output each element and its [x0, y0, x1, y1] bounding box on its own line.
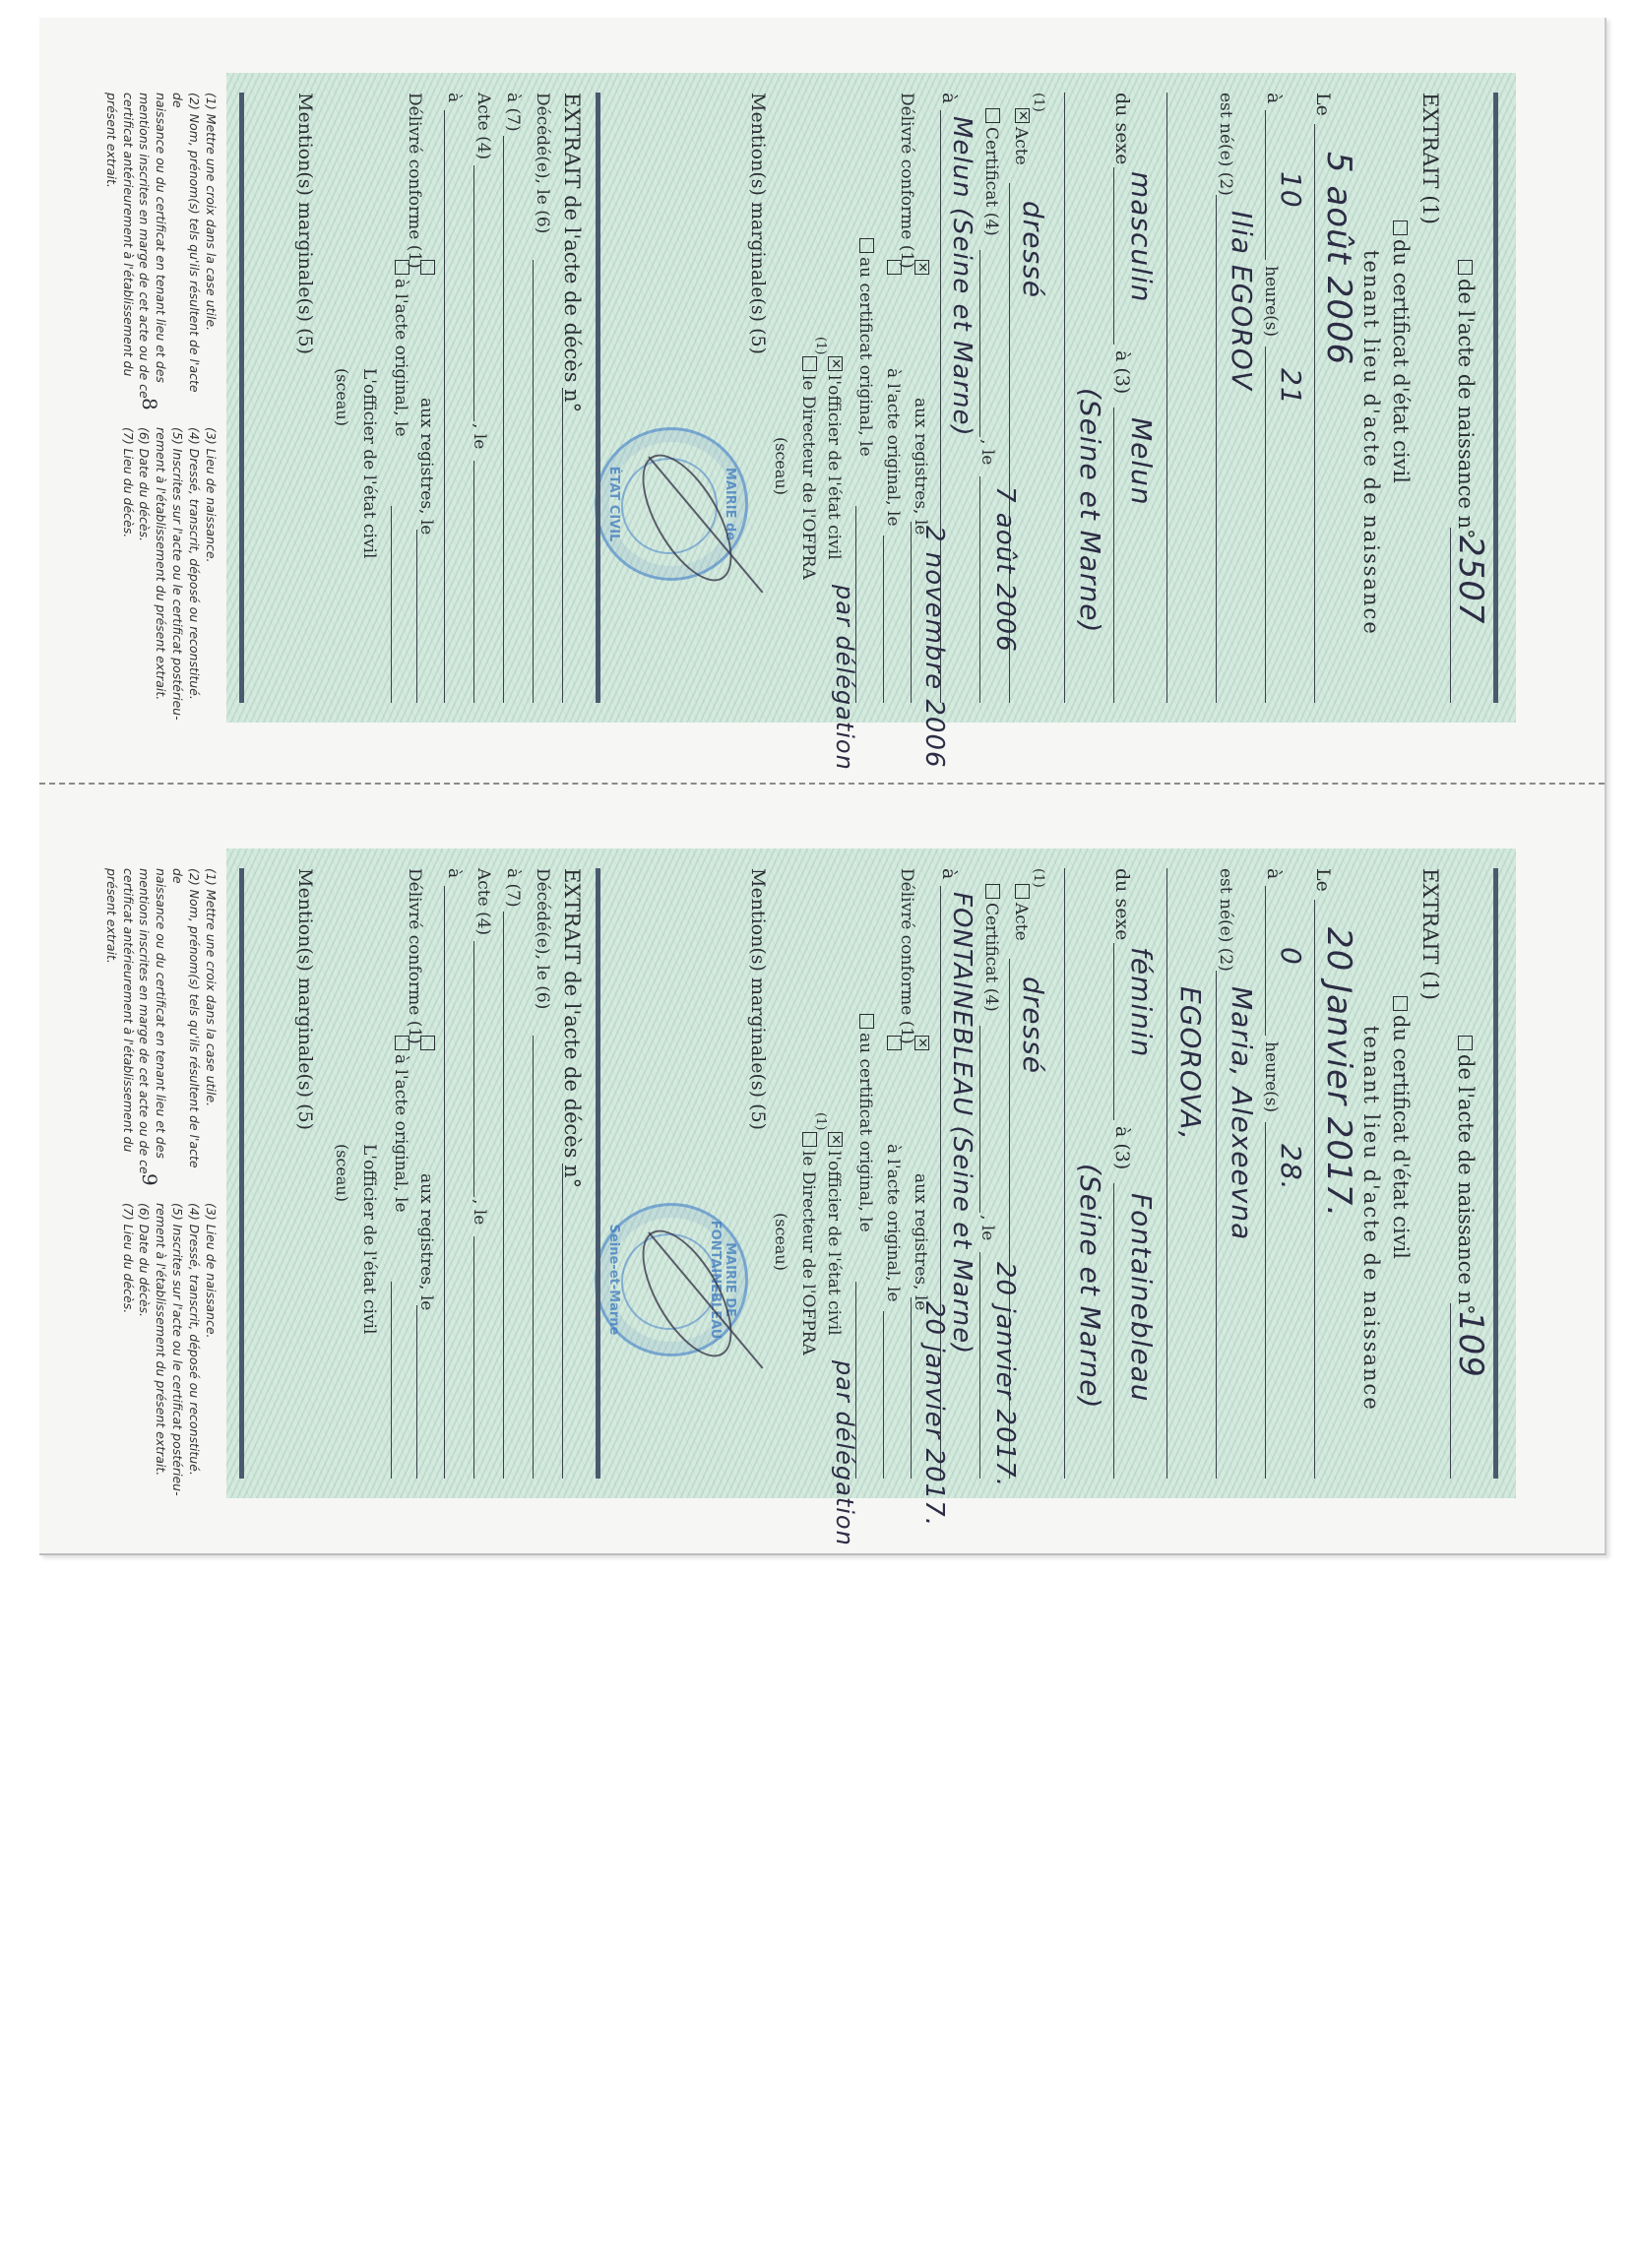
acte-option: Acte [1011, 884, 1030, 941]
a3-label: à (3) [1111, 350, 1132, 394]
le-comma-label: , le [977, 439, 996, 465]
stamp-text-bottom: Seine-et-Marne [606, 1206, 621, 1354]
checkbox-ofpra[interactable] [802, 1132, 817, 1147]
acte-value: dressé [1017, 201, 1049, 298]
sex-value: féminin [1125, 947, 1158, 1057]
footnotes-right: (3) Lieu de naissance.(4) Dressé, transc… [119, 427, 219, 723]
birth-hour: 0 [1275, 947, 1307, 966]
act-date: 7 août 2006 [990, 486, 1020, 653]
certificat-option: Certificat (4) [981, 108, 1000, 236]
footnote-line: naissance ou du certificat en tenant lie… [153, 868, 169, 1183]
page-number: 8 [138, 398, 161, 410]
checkbox-death-acte-original[interactable] [395, 260, 409, 275]
footnote-line: mentions inscrites en marge de cet acte … [136, 93, 153, 408]
footnote-line: (1) Mettre une croix dans la case utile. [202, 868, 219, 1183]
birthplace-line-1: Fontainebleau [1125, 1193, 1158, 1403]
section-rule-bottom [239, 93, 244, 703]
mentions-label: Mention(s) marginale(s) (5) [747, 93, 768, 354]
checkbox-acte[interactable] [1015, 884, 1030, 899]
footnote-line: présent extrait. [102, 868, 119, 1183]
certificat-option: Certificat (4) [981, 884, 1000, 1012]
footnote-line: certificat antérieurement à l'établissem… [119, 868, 136, 1183]
section-rule-bottom [239, 868, 244, 1479]
birth-date: 20 Janvier 2017. [1319, 927, 1358, 1218]
acte-original-option [883, 1036, 902, 1054]
birth-act-number: 109 [1451, 1311, 1490, 1378]
sceau-label: (sceau) [772, 1213, 789, 1271]
birthplace-line-2: (Seine et Marne) [1074, 1164, 1106, 1409]
footnote-line: (3) Lieu de naissance. [202, 1203, 219, 1498]
security-pattern-panel: de l'acte de naissance n° 109 EXTRAIT (1… [226, 849, 1516, 1498]
birth-hour: 10 [1275, 171, 1307, 209]
footnote-line: rement à l'établissement du présent extr… [153, 427, 169, 723]
page-9-slot: de l'acte de naissance n° 109 EXTRAIT (1… [138, 849, 1516, 1498]
cert-original-option: au certificat original, le [855, 1014, 874, 1232]
section-rule-top [1493, 868, 1498, 1479]
du-sexe-label: du sexe [1111, 868, 1132, 940]
a-place-label: à [938, 868, 959, 879]
a7-label: à (7) [503, 93, 522, 132]
acte4-label: Acte (4) [473, 93, 492, 159]
birth-minutes: 28. [1275, 1144, 1307, 1191]
birth-date: 5 août 2006 [1319, 152, 1358, 365]
act-place: FONTAINEBLEAU (Seine et Marne) [947, 892, 976, 1354]
checkbox-acte[interactable] [1015, 108, 1030, 123]
footnote-line: (3) Lieu de naissance. [202, 427, 219, 723]
act-place: Melun (Seine et Marne) [947, 116, 976, 437]
child-name: Maria, Alexeevna [1226, 986, 1258, 1240]
acte-original-label: à l'acte original, le [883, 368, 902, 527]
decede-label: Décédé(e), le (6) [533, 93, 551, 233]
checkbox-certificat[interactable] [985, 884, 1000, 899]
checkbox-death-acte-original[interactable] [395, 1036, 409, 1050]
a-label: à [1263, 93, 1284, 103]
death-acte-original: à l'acte original, le [391, 260, 409, 437]
death-sceau-label: (sceau) [333, 1144, 350, 1202]
footnote-line: (6) Date du décès. [136, 427, 153, 723]
checkbox-acte-original[interactable] [887, 260, 902, 275]
page-number: 9 [138, 1173, 161, 1186]
officer-annotation: par délégation [831, 585, 858, 771]
footnote-line: (7) Lieu du décès. [119, 427, 136, 723]
ofpra-option: le Directeur de l'OFPRA [798, 356, 817, 580]
acte-option: Acte [1011, 108, 1030, 165]
death-aux-registres-label: aux registres, le [416, 398, 435, 535]
extrait-label: EXTRAIT (1) [1418, 93, 1441, 224]
delivre-label: Délivré conforme (1) [897, 93, 915, 269]
aux-registres-label: aux registres, le [911, 1173, 929, 1310]
death-mentions-label: Mention(s) marginale(s) (5) [294, 868, 315, 1130]
le-label: Le [1312, 868, 1333, 892]
cert-original-option: au certificat original, le [855, 238, 874, 457]
est-ne-label: est né(e) (2) [1216, 868, 1234, 972]
aux-registres-option [911, 260, 929, 279]
mark-1: (1) [1031, 868, 1045, 888]
aux-registres-option [911, 1036, 929, 1054]
decede-label: Décédé(e), le (6) [533, 868, 551, 1009]
heures-label: heure(s) [1261, 266, 1280, 337]
footnote-line: (5) Inscrites sur l'acte ou le certifica… [168, 1203, 185, 1498]
page-8-slot: de l'acte de naissance n° 2507 EXTRAIT (… [138, 73, 1516, 723]
footnote-line: présent extrait. [102, 93, 119, 408]
checkbox-cert-original[interactable] [859, 238, 874, 253]
checkbox-aux-registres[interactable] [914, 260, 929, 275]
checkbox-certificate[interactable] [1393, 996, 1408, 1011]
birthplace-line-1: Melun [1125, 417, 1158, 506]
death-aux-registres-label: aux registres, le [416, 1173, 435, 1310]
officer-mark: (1) [813, 337, 827, 354]
footnote-line: mentions inscrites en marge de cet acte … [136, 868, 153, 1183]
delivre-label: Délivré conforme (1) [897, 868, 915, 1044]
sex-value: masculin [1125, 171, 1158, 302]
a3-label: à (3) [1111, 1126, 1132, 1169]
footnote-line: rement à l'établissement du présent extr… [153, 1203, 169, 1498]
child-name-line-2: EGOROVA, [1174, 986, 1207, 1141]
death-delivre-label: Délivré conforme (1) [405, 868, 423, 1044]
checkbox-death-aux-registres[interactable] [420, 260, 435, 275]
cert-line-2: tenant lieu d'acte de naissance [1359, 250, 1382, 636]
checkbox-officer[interactable] [828, 1132, 843, 1147]
checkbox-officer[interactable] [828, 356, 843, 371]
footnote-line: (7) Lieu du décès. [119, 1203, 136, 1498]
birth-act-title: de l'acte de naissance n° [1454, 260, 1477, 539]
a7-label: à (7) [503, 868, 522, 908]
a-label: à [1263, 868, 1284, 879]
extrait-label: EXTRAIT (1) [1418, 868, 1441, 1000]
section-rule-top [1493, 93, 1498, 703]
footnote-line: (6) Date du décès. [136, 1203, 153, 1498]
acte-value: dressé [1017, 976, 1049, 1074]
checkbox-birth-act[interactable] [1458, 1036, 1473, 1050]
section-rule-death [596, 93, 600, 703]
acte4-label: Acte (4) [473, 868, 492, 935]
cert-line-1: du certificat d'état civil [1389, 220, 1412, 483]
checkbox-ofpra[interactable] [802, 356, 817, 371]
birth-minutes: 21 [1275, 368, 1307, 406]
aux-registres-date: 20 janvier 2017. [919, 1301, 949, 1527]
death-aux-registres [416, 260, 435, 279]
footnote-line: naissance ou du certificat en tenant lie… [153, 93, 169, 408]
aux-registres-label: aux registres, le [911, 398, 929, 535]
act-date: 20 janvier 2017. [990, 1262, 1020, 1487]
footnote-line: (4) Dressé, transcrit, déposé ou reconst… [185, 1203, 202, 1498]
officer-option: l'officier de l'état civil [824, 356, 843, 560]
child-name: Ilia EGOROV [1226, 211, 1258, 391]
sceau-label: (sceau) [772, 437, 789, 495]
death-a-label: à [444, 93, 463, 102]
cert-line-2: tenant lieu d'acte de naissance [1359, 1026, 1382, 1412]
birth-act-title: de l'acte de naissance n° [1454, 1036, 1477, 1315]
death-le-label: , le [470, 1199, 488, 1225]
security-pattern-panel: de l'acte de naissance n° 2507 EXTRAIT (… [226, 73, 1516, 723]
death-acte-original: à l'acte original, le [391, 1036, 409, 1213]
footnote-line: certificat antérieurement à l'établissem… [119, 93, 136, 408]
checkbox-birth-act[interactable] [1458, 260, 1473, 275]
du-sexe-label: du sexe [1111, 93, 1132, 164]
footnote-line: (4) Dressé, transcrit, déposé ou reconst… [185, 427, 202, 723]
footnotes-left: (1) Mettre une croix dans la case utile.… [102, 868, 219, 1183]
est-ne-label: est né(e) (2) [1216, 93, 1234, 196]
footnote-line: (2) Nom, prénom(s) tels qu'ils résultent… [168, 93, 202, 408]
death-aux-registres [416, 1036, 435, 1054]
death-officer-label: L'officier de l'état civil [359, 1144, 378, 1334]
death-a-label: à [444, 868, 463, 878]
checkbox-certificat[interactable] [985, 108, 1000, 123]
officer-annotation: par délégation [831, 1360, 858, 1546]
footnotes-right: (3) Lieu de naissance.(4) Dressé, transc… [119, 1203, 219, 1498]
a-place-label: à [938, 93, 959, 103]
le-label: Le [1312, 93, 1333, 116]
birthplace-line-2: (Seine et Marne) [1074, 388, 1106, 633]
death-delivre-label: Délivré conforme (1) [405, 93, 423, 269]
birth-act-number: 2507 [1451, 535, 1490, 625]
footnotes-left: (1) Mettre une croix dans la case utile.… [102, 93, 219, 408]
checkbox-acte-original[interactable] [887, 1036, 902, 1050]
death-title: EXTRAIT de l'acte de décès n° [560, 868, 583, 1188]
checkbox-cert-original[interactable] [859, 1014, 874, 1029]
section-rule-death [596, 868, 600, 1479]
death-sceau-label: (sceau) [333, 368, 350, 426]
ofpra-option: le Directeur de l'OFPRA [798, 1132, 817, 1355]
acte-original-option [883, 260, 902, 279]
checkbox-certificate[interactable] [1393, 220, 1408, 235]
footnote-line: (1) Mettre une croix dans la case utile. [202, 93, 219, 408]
acte-original-label: à l'acte original, le [883, 1144, 902, 1302]
officer-option: l'officier de l'état civil [824, 1132, 843, 1336]
le-comma-label: , le [977, 1215, 996, 1240]
extract-page-9: de l'acte de naissance n° 109 EXTRAIT (1… [138, 849, 1516, 1498]
footnote-line: (2) Nom, prénom(s) tels qu'ils résultent… [168, 868, 202, 1183]
extract-page-8: de l'acte de naissance n° 2507 EXTRAIT (… [138, 73, 1516, 723]
death-mentions-label: Mention(s) marginale(s) (5) [294, 93, 315, 354]
death-officer-label: L'officier de l'état civil [359, 368, 378, 558]
checkbox-death-aux-registres[interactable] [420, 1036, 435, 1050]
mentions-label: Mention(s) marginale(s) (5) [747, 868, 768, 1130]
cert-line-1: du certificat d'état civil [1389, 996, 1412, 1259]
aux-registres-date: 2 novembre 2006 [919, 526, 949, 769]
death-title: EXTRAIT de l'acte de décès n° [560, 93, 583, 412]
officer-mark: (1) [813, 1112, 827, 1130]
checkbox-aux-registres[interactable] [914, 1036, 929, 1050]
stamp-text-bottom: ÉTAT CIVIL [606, 430, 621, 578]
mark-1: (1) [1031, 93, 1045, 112]
footnote-line: (5) Inscrites sur l'acte ou le certifica… [168, 427, 185, 723]
death-le-label: , le [470, 423, 488, 449]
heures-label: heure(s) [1261, 1041, 1280, 1112]
booklet-fold-line [39, 783, 1605, 785]
